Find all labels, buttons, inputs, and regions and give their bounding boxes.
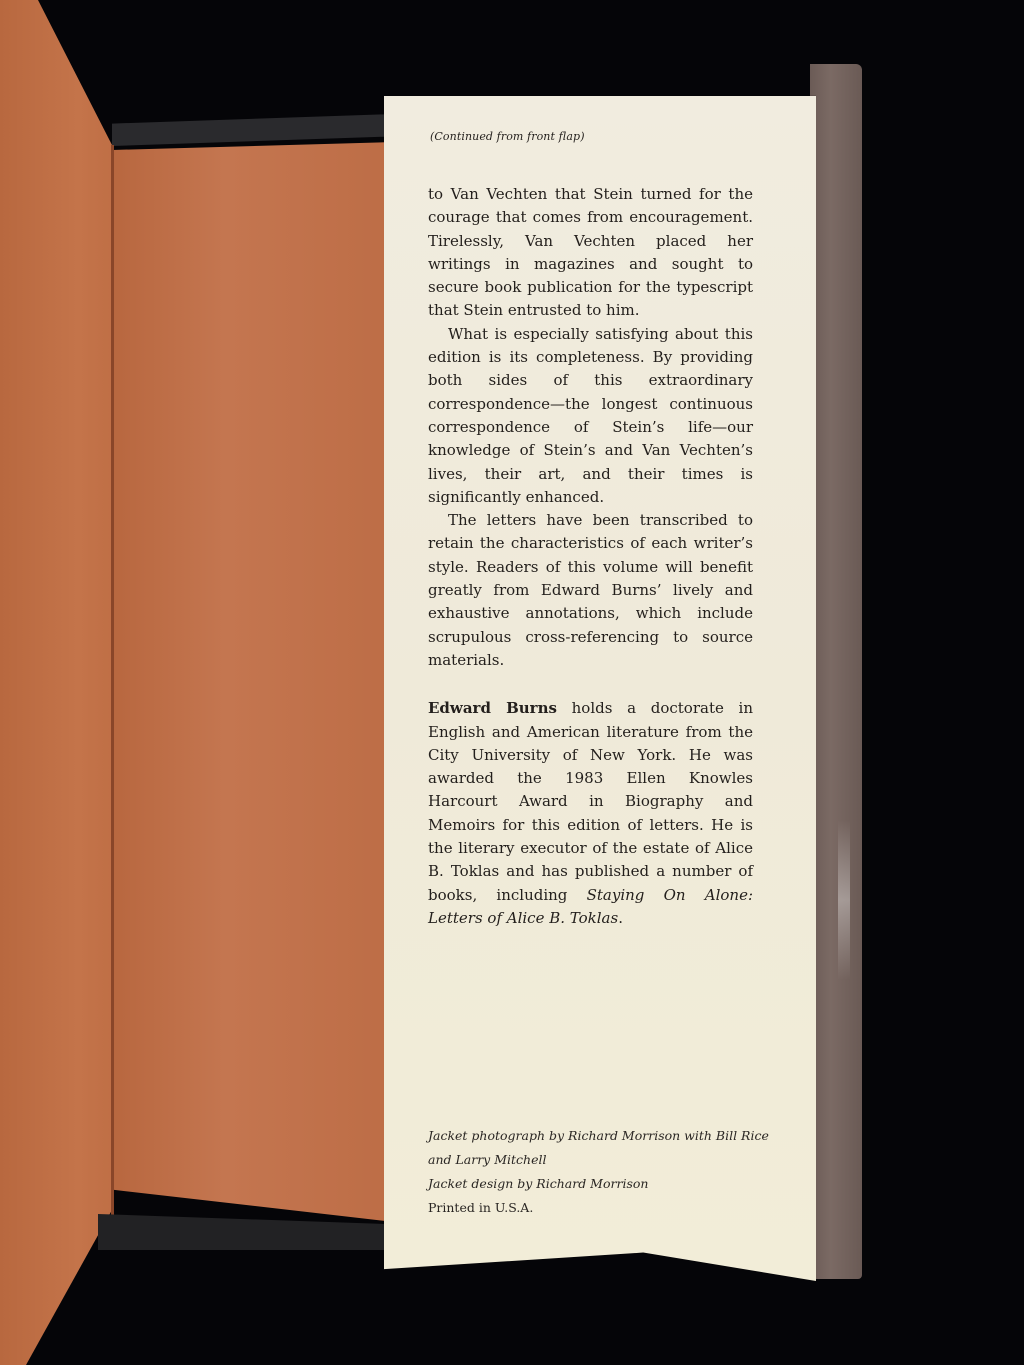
paragraph-1: to Van Vechten that Stein turned for the… [428,183,753,323]
photo-credit: Jacket photograph by Richard Morrison wi… [428,1124,788,1172]
book-hinge [111,145,114,1215]
spine-glare [838,820,850,980]
design-credit: Jacket design by Richard Morrison [428,1172,788,1196]
bio-text: holds a doctorate in English and America… [428,699,753,903]
author-name: Edward Burns [428,699,557,717]
paragraph-3: The letters have been transcribed to ret… [428,509,753,672]
flap-text-block: (Continued from front flap) to Van Vecht… [428,130,753,930]
jacket-credits: Jacket photograph by Richard Morrison wi… [428,1124,788,1220]
cover-board-top-edge [112,114,394,146]
printed-in: Printed in U.S.A. [428,1196,788,1220]
photo-scene: (Continued from front flap) to Van Vecht… [0,0,1024,1365]
jacket-spine-edge [810,64,862,1279]
author-bio: Edward Burns holds a doctorate in Englis… [428,697,753,930]
continued-note: (Continued from front flap) [430,130,753,143]
inside-cover-endpaper [112,142,394,1222]
bio-end: . [618,909,623,927]
paragraph-2: What is especially satisfying about this… [428,323,753,509]
cover-board-bottom-edge [98,1214,388,1250]
